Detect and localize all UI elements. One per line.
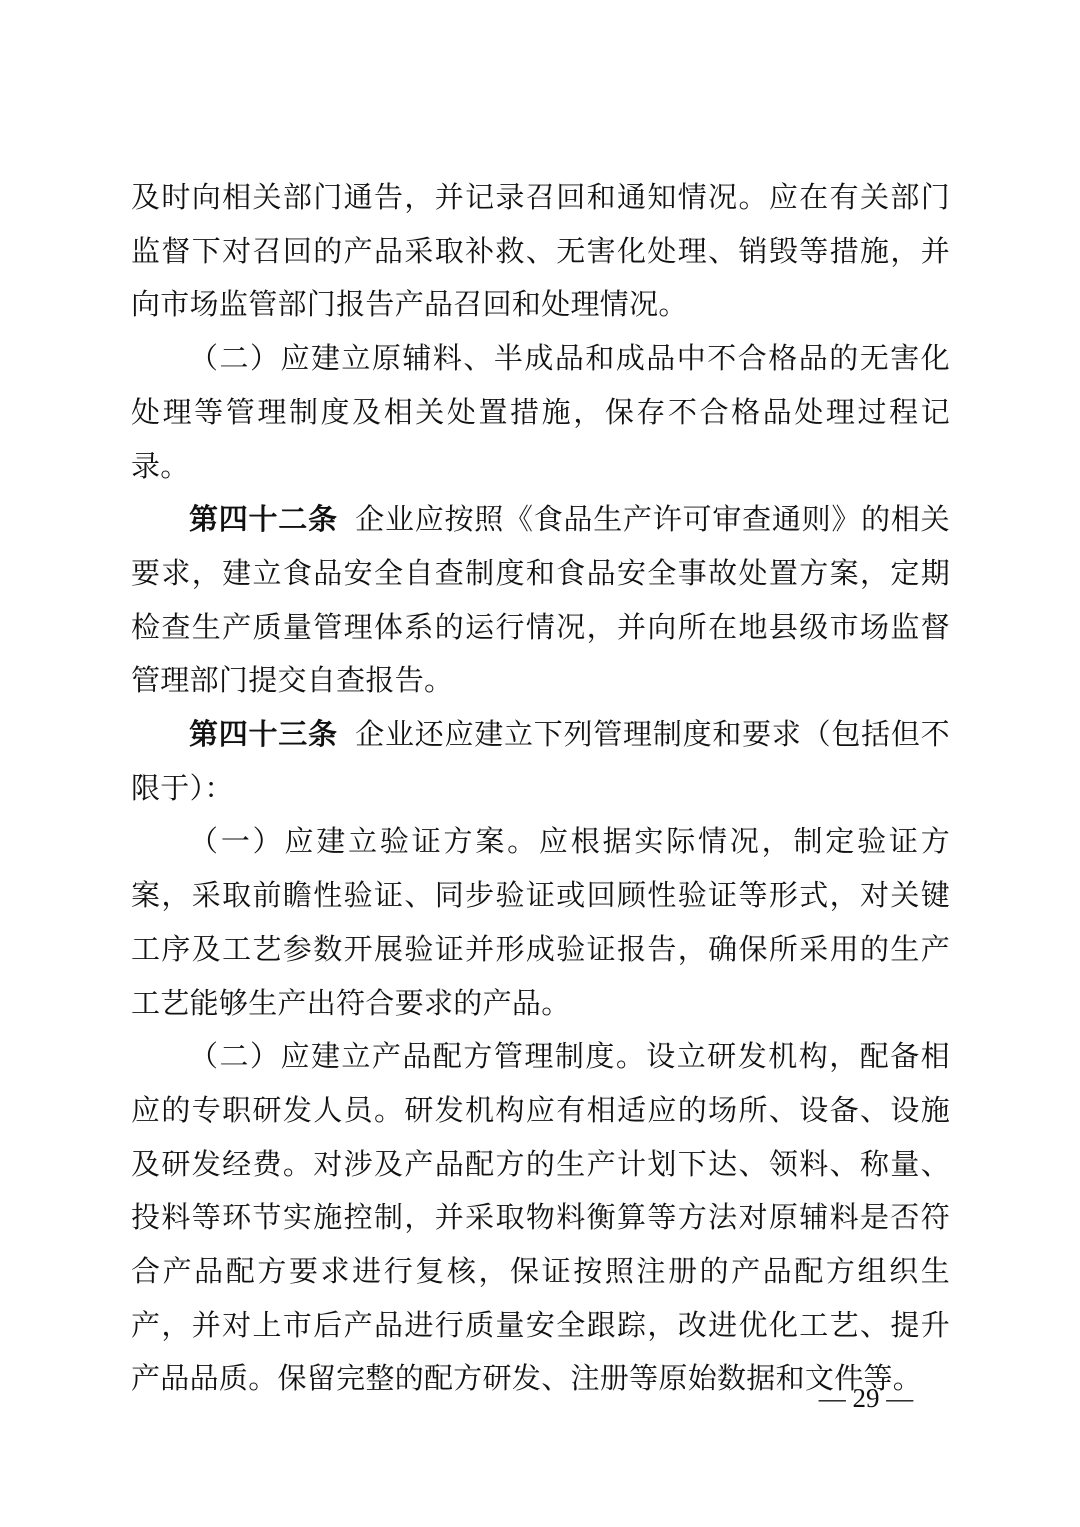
- document-body: 及时向相关部门通告，并记录召回和通知情况。应在有关部门监督下对召回的产品采取补救…: [131, 172, 950, 1407]
- paragraph-text: （二）应建立产品配方管理制度。设立研发机构，配备相应的专职研发人员。研发机构应有…: [131, 1041, 950, 1395]
- article-42-number: 第四十二条: [189, 504, 338, 536]
- page-number: — 29 —: [800, 1383, 932, 1413]
- paragraph-text: （一）应建立验证方案。应根据实际情况，制定验证方案，采取前瞻性验证、同步验证或回…: [131, 826, 950, 1019]
- paragraph-text: （二）应建立原辅料、半成品和成品中不合格品的无害化处理等管理制度及相关处置措施，…: [131, 343, 950, 482]
- document-page: 及时向相关部门通告，并记录召回和通知情况。应在有关部门监督下对召回的产品采取补救…: [0, 0, 1080, 1527]
- paragraph-item-one-verification: （一）应建立验证方案。应根据实际情况，制定验证方案，采取前瞻性验证、同步验证或回…: [131, 816, 950, 1031]
- paragraph-text: 及时向相关部门通告，并记录召回和通知情况。应在有关部门监督下对召回的产品采取补救…: [131, 182, 950, 321]
- paragraph-recall-continuation: 及时向相关部门通告，并记录召回和通知情况。应在有关部门监督下对召回的产品采取补救…: [131, 172, 950, 333]
- paragraph-article-43: 第四十三条企业还应建立下列管理制度和要求（包括但不限于）：: [131, 709, 950, 816]
- paragraph-item-two-nonconforming: （二）应建立原辅料、半成品和成品中不合格品的无害化处理等管理制度及相关处置措施，…: [131, 333, 950, 494]
- article-43-number: 第四十三条: [189, 719, 338, 751]
- paragraph-item-two-formula: （二）应建立产品配方管理制度。设立研发机构，配备相应的专职研发人员。研发机构应有…: [131, 1031, 950, 1407]
- paragraph-article-42: 第四十二条企业应按照《食品生产许可审查通则》的相关要求，建立食品安全自查制度和食…: [131, 494, 950, 709]
